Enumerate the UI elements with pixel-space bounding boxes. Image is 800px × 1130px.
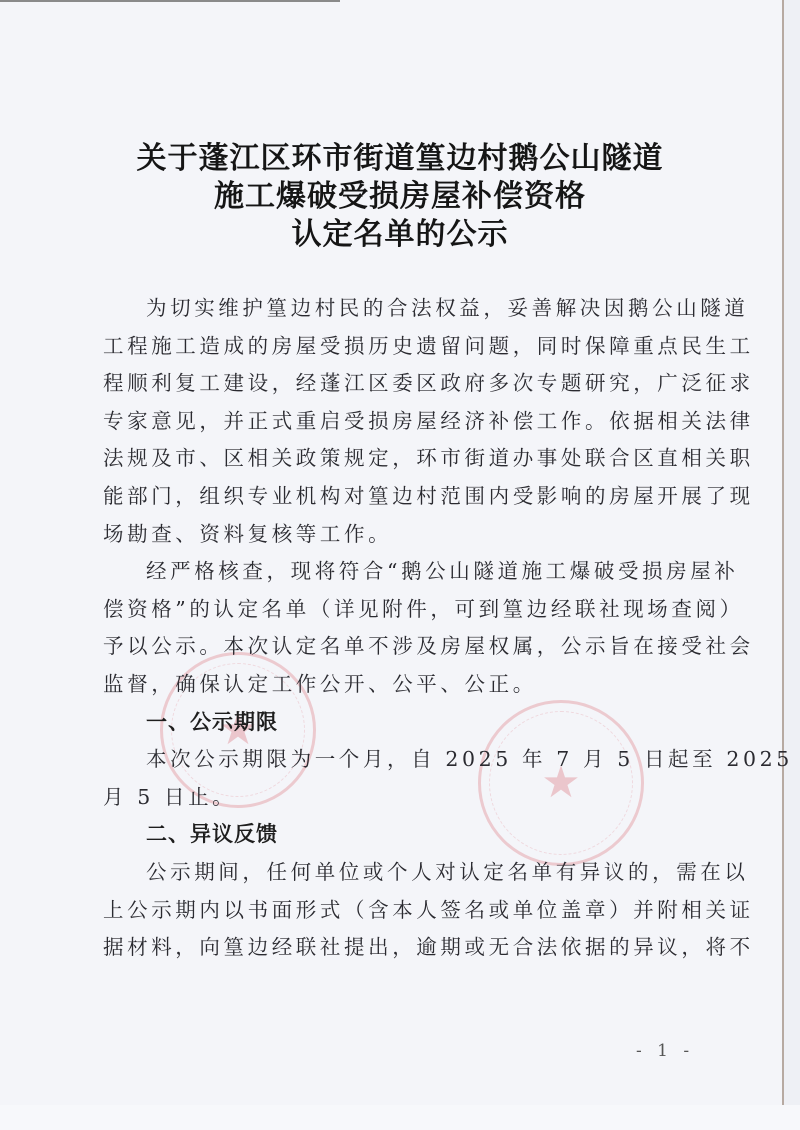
text-line: 能部门，组织专业机构对篁边村范围内受影响的房屋开展了现 bbox=[103, 478, 693, 516]
text-line: 工程施工造成的房屋受损历史遗留问题，同时保障重点民生工 bbox=[103, 328, 693, 366]
section-heading: 一、公示期限 bbox=[103, 704, 693, 742]
scan-top-edge bbox=[0, 0, 340, 2]
text-line: 据材料，向篁边经联社提出，逾期或无合法依据的异议，将不 bbox=[103, 929, 693, 967]
text-line: 公示期间，任何单位或个人对认定名单有异议的，需在以 bbox=[103, 854, 693, 892]
section-heading: 二、异议反馈 bbox=[103, 816, 693, 854]
text-line: 场勘查、资料复核等工作。 bbox=[103, 516, 693, 554]
section-objection-feedback: 二、异议反馈 公示期间，任何单位或个人对认定名单有异议的，需在以 上公示期内以书… bbox=[103, 816, 693, 966]
paragraph-review: 经严格核查，现将符合“鹅公山隧道施工爆破受损房屋补 偿资格”的认定名单（详见附件… bbox=[103, 553, 693, 703]
scan-margin bbox=[784, 0, 800, 1130]
document-body: 为切实维护篁边村民的合法权益，妥善解决因鹅公山隧道 工程施工造成的房屋受损历史遗… bbox=[103, 290, 693, 967]
section-publicity-period: 一、公示期限 本次公示期限为一个月，自 2025 年 7 月 5 日起至 202… bbox=[103, 704, 693, 817]
text-line: 上公示期内以书面形式（含本人签名或单位盖章）并附相关证 bbox=[103, 892, 693, 930]
text-line: 本次公示期限为一个月，自 2025 年 7 月 5 日起至 2025 年 8 bbox=[103, 741, 693, 779]
page-number: - 1 - bbox=[636, 1041, 694, 1061]
text-line: 月 5 日止。 bbox=[103, 779, 693, 817]
title-line: 施工爆破受损房屋补偿资格 bbox=[100, 178, 700, 216]
text-line: 法规及市、区相关政策规定，环市街道办事处联合区直相关职 bbox=[103, 440, 693, 478]
paragraph-intro: 为切实维护篁边村民的合法权益，妥善解决因鹅公山隧道 工程施工造成的房屋受损历史遗… bbox=[103, 290, 693, 553]
text-line: 偿资格”的认定名单（详见附件，可到篁边经联社现场查阅） bbox=[103, 591, 693, 629]
scan-bottom-margin bbox=[0, 1105, 800, 1130]
text-line: 专家意见，并正式重启受损房屋经济补偿工作。依据相关法律 bbox=[103, 403, 693, 441]
text-line: 为切实维护篁边村民的合法权益，妥善解决因鹅公山隧道 bbox=[103, 290, 693, 328]
page-right-edge bbox=[782, 0, 784, 1105]
text-line: 监督，确保认定工作公开、公平、公正。 bbox=[103, 666, 693, 704]
text-line: 经严格核查，现将符合“鹅公山隧道施工爆破受损房屋补 bbox=[103, 553, 693, 591]
title-line: 认定名单的公示 bbox=[100, 216, 700, 254]
text-line: 程顺利复工建设，经蓬江区委区政府多次专题研究，广泛征求 bbox=[103, 365, 693, 403]
text-line: 予以公示。本次认定名单不涉及房屋权属，公示旨在接受社会 bbox=[103, 628, 693, 666]
title-line: 关于蓬江区环市街道篁边村鹅公山隧道 bbox=[100, 140, 700, 178]
document-title: 关于蓬江区环市街道篁边村鹅公山隧道 施工爆破受损房屋补偿资格 认定名单的公示 bbox=[100, 140, 700, 254]
